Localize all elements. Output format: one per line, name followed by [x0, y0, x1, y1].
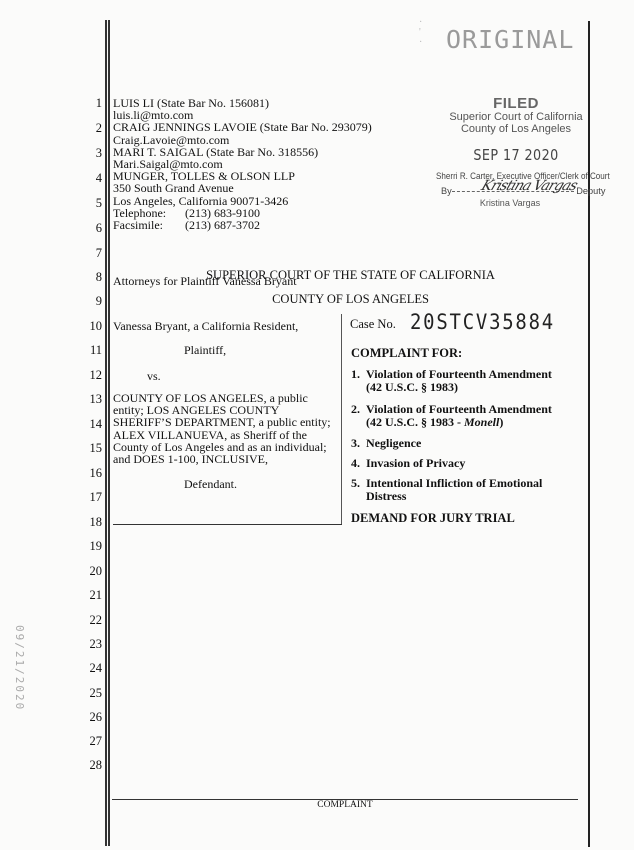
cause-of-action-4: 4.Invasion of Privacy [351, 457, 586, 470]
plaintiff-label: Plaintiff, [184, 344, 226, 356]
cause-number: 1. [351, 368, 366, 381]
line-number: 7 [84, 246, 102, 260]
cause-title: Negligence [366, 436, 421, 450]
line-number: 19 [84, 539, 102, 553]
line-number: 15 [84, 441, 102, 455]
cause-of-action-5: 5.Intentional Infliction of Emotional Di… [351, 477, 586, 503]
citation-end: ) [499, 415, 503, 429]
cause-title: Invasion of Privacy [366, 456, 465, 470]
line-number: 9 [84, 294, 102, 308]
cause-title: Violation of Fourteenth Amendment [366, 367, 552, 381]
line-number: 25 [84, 686, 102, 700]
cause-number: 4. [351, 457, 366, 470]
cause-title: Intentional Infliction of Emotional [366, 476, 542, 490]
defendant-label: Defendant. [184, 478, 237, 490]
facsimile-value: (213) 687-3702 [185, 218, 260, 232]
line-number: 8 [84, 270, 102, 284]
line-number: 3 [84, 146, 102, 160]
filed-title: FILED [430, 96, 602, 111]
line-number: 12 [84, 368, 102, 382]
defendant-line: SHERIFF’S DEPARTMENT, a public entity; [113, 416, 331, 428]
jury-demand: DEMAND FOR JURY TRIAL [351, 511, 515, 526]
plaintiff-name: Vanessa Bryant, a California Resident, [113, 320, 298, 332]
attorney-line: CRAIG JENNINGS LAVOIE (State Bar No. 293… [113, 121, 372, 133]
left-margin-rule-inner [108, 20, 110, 846]
attorney-line: Craig.Lavoie@mto.com [113, 134, 372, 146]
cause-of-action-3: 3.Negligence [351, 437, 586, 450]
complaint-heading: COMPLAINT FOR: [351, 346, 462, 361]
cause-citation: (42 U.S.C. § 1983) [351, 381, 586, 394]
footer-title: COMPLAINT [112, 800, 578, 810]
line-number: 22 [84, 613, 102, 627]
cause-title: Violation of Fourteenth Amendment [366, 402, 552, 416]
line-number: 6 [84, 221, 102, 235]
citation-text: (42 U.S.C. § 1983 - [366, 415, 464, 429]
line-number: 1 [84, 96, 102, 110]
versus: vs. [147, 370, 161, 382]
cause-of-action-2: 2.Violation of Fourteenth Amendment (42 … [351, 403, 586, 429]
facsimile-label: Facsimile: [113, 219, 185, 231]
caption-divider [341, 314, 342, 525]
line-number: 27 [84, 734, 102, 748]
filed-court-line1: Superior Court of California [430, 111, 602, 123]
case-number: 20STCV35884 [410, 310, 555, 334]
filed-stamp: FILED Superior Court of California Count… [430, 96, 602, 164]
filed-date: SEP 17 2020 [443, 146, 589, 164]
line-number: 4 [84, 171, 102, 185]
line-number: 5 [84, 196, 102, 210]
line-number: 28 [84, 758, 102, 772]
clerk-signature: Kristina Vargas [479, 178, 579, 194]
attorney-line: 350 South Grand Avenue [113, 182, 372, 194]
county-title: COUNTY OF LOS ANGELES [113, 292, 588, 307]
line-number: 21 [84, 588, 102, 602]
deputy-name: Kristina Vargas [440, 198, 580, 208]
line-number: 23 [84, 637, 102, 651]
line-number: 16 [84, 466, 102, 480]
attorney-block: LUIS LI (State Bar No. 156081) luis.li@m… [113, 97, 372, 231]
line-number: 10 [84, 319, 102, 333]
court-title: SUPERIOR COURT OF THE STATE OF CALIFORNI… [113, 268, 588, 283]
line-number: 14 [84, 417, 102, 431]
cause-of-action-1: 1.Violation of Fourteenth Amendment (42 … [351, 368, 586, 394]
line-number: 20 [84, 564, 102, 578]
deputy-label: Deputy [576, 186, 605, 196]
by-label: By [441, 186, 452, 196]
line-number: 2 [84, 121, 102, 135]
cause-number: 5. [351, 477, 366, 490]
cause-citation: (42 U.S.C. § 1983 - Monell) [351, 416, 586, 429]
stamp-marks: ·'· [419, 18, 431, 48]
line-number: 18 [84, 515, 102, 529]
cause-title-cont: Distress [351, 490, 586, 503]
side-date-stamp: 09/21/2020 [13, 625, 26, 711]
filed-court-line2: County of Los Angeles [430, 123, 602, 135]
original-stamp: ORIGINAL [446, 25, 574, 54]
defendant-line: ALEX VILLANUEVA, as Sheriff of the [113, 429, 331, 441]
facsimile-row: Facsimile:(213) 687-3702 [113, 219, 372, 231]
cause-number: 3. [351, 437, 366, 450]
line-number: 26 [84, 710, 102, 724]
defendants-block: COUNTY OF LOS ANGELES, a public entity; … [113, 392, 331, 465]
line-number: 11 [84, 343, 102, 357]
line-number: 13 [84, 392, 102, 406]
defendant-line: and DOES 1-100, INCLUSIVE, [113, 453, 331, 465]
line-number: 24 [84, 661, 102, 675]
line-number: 17 [84, 490, 102, 504]
left-margin-rule [105, 20, 107, 846]
caption-bottom-rule [113, 524, 342, 525]
case-no-label: Case No. [350, 317, 396, 332]
citation-italic: Monell [464, 415, 499, 429]
cause-number: 2. [351, 403, 366, 416]
